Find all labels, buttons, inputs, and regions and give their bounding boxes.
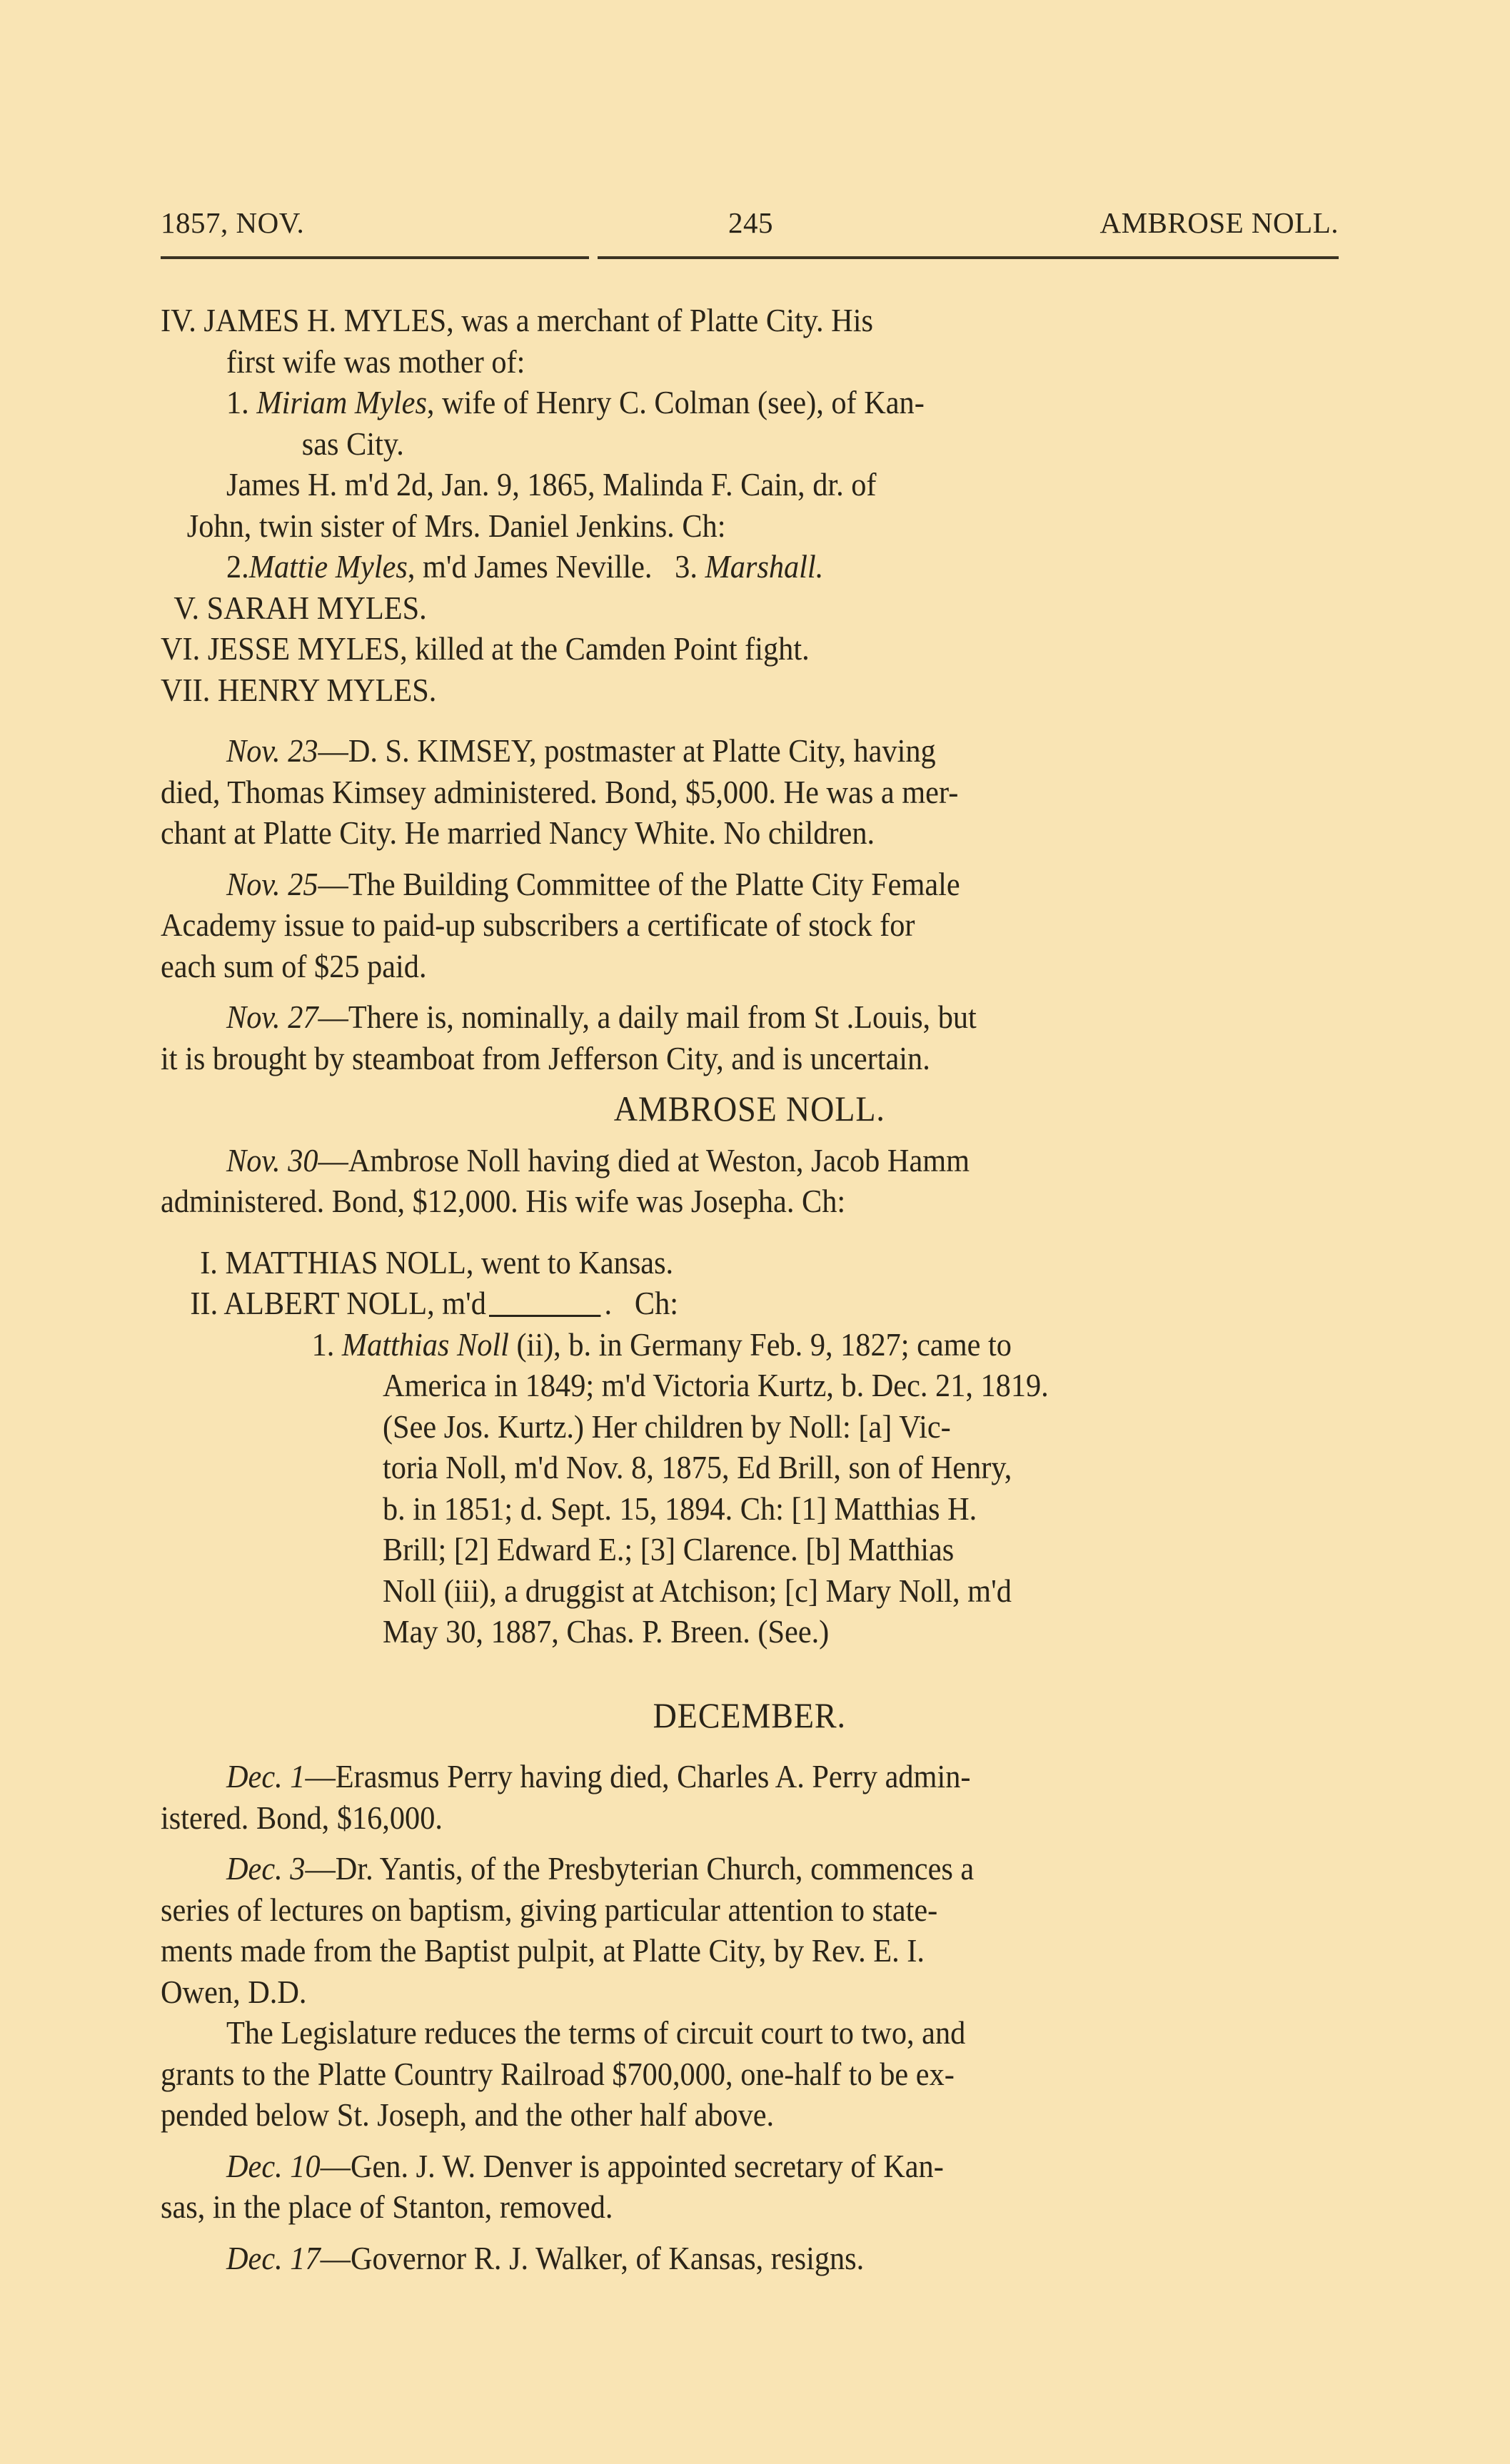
person-name: Miriam Myles [256, 384, 427, 420]
blank-name-dash [489, 1283, 600, 1317]
entry-dec-10: Dec. 10—Gen. J. W. Denver is appointed s… [161, 2146, 1339, 2228]
entry-nov-23: Nov. 23—D. S. KIMSEY, postmaster at Plat… [161, 730, 1339, 854]
running-head-title: AMBROSE NOLL. [1099, 206, 1339, 240]
myles-iv-line-2: first wife was mother of: [161, 341, 1339, 383]
running-head-date: 1857, NOV. [161, 206, 304, 240]
page-number: 245 [728, 206, 773, 240]
entry-date: Dec. 17 [226, 2238, 321, 2279]
section-heading-december: DECEMBER. [161, 1695, 1339, 1737]
noll-child-1: 1. Matthias Noll (ii), b. in Germany Feb… [161, 1324, 1339, 1365]
entry-date: Nov. 27 [226, 999, 318, 1035]
entry-nov-30: Nov. 30—Ambrose Noll having died at West… [161, 1140, 1339, 1222]
noll-i: I. MATTHIAS NOLL, went to Kansas. [161, 1242, 1339, 1283]
myles-child-1-line-2: sas City. [161, 423, 1339, 465]
entry-dec-17: Dec. 17—Governor R. J. Walker, of Kansas… [161, 2238, 1339, 2279]
entry-nov-27: Nov. 27—There is, nominally, a daily mai… [161, 996, 1339, 1079]
myles-second-marriage-2: John, twin sister of Mrs. Daniel Jenkins… [161, 505, 1339, 547]
entry-date: Nov. 30 [226, 1142, 318, 1178]
myles-iv-line-1: IV. JAMES H. MYLES, was a merchant of Pl… [161, 300, 1339, 341]
body-text: IV. JAMES H. MYLES, was a merchant of Pl… [161, 300, 1339, 2278]
person-name: Marshall. [705, 546, 824, 587]
entry-nov-25: Nov. 25—The Building Committee of the Pl… [161, 864, 1339, 987]
entry-legislature: The Legislature reduces the terms of cir… [161, 2012, 1339, 2136]
header-rule [161, 256, 1339, 259]
myles-second-marriage-1: James H. m'd 2d, Jan. 9, 1865, Malinda F… [161, 464, 1339, 505]
myles-vi: VI. JESSE MYLES, killed at the Camden Po… [161, 628, 1339, 670]
entry-date: Nov. 23 [226, 732, 318, 769]
noll-ii: II. ALBERT NOLL, m'd. Ch: [161, 1283, 1339, 1324]
entry-dec-3: Dec. 3—Dr. Yantis, of the Presbyterian C… [161, 1848, 1339, 2012]
person-name: Mattie Myles [249, 546, 408, 587]
person-name: Matthias Noll [342, 1326, 509, 1363]
myles-child-1: 1. Miriam Myles, wife of Henry C. Colman… [161, 382, 1339, 423]
running-head: 1857, NOV. 245 AMBROSE NOLL. [161, 206, 1339, 240]
entry-date: Dec. 10 [226, 2148, 321, 2184]
section-heading-ambrose-noll: AMBROSE NOLL. [161, 1089, 1339, 1130]
entry-date: Nov. 25 [226, 866, 318, 902]
myles-v: V. SARAH MYLES. [161, 587, 1339, 629]
entry-date: Dec. 3 [226, 1850, 305, 1887]
entry-dec-1: Dec. 1—Erasmus Perry having died, Charle… [161, 1756, 1339, 1838]
myles-vii: VII. HENRY MYLES. [161, 670, 1339, 711]
entry-date: Dec. 1 [226, 1758, 305, 1794]
myles-child-2-3: 2. Mattie Myles, m'd James Neville. 3. M… [161, 546, 1339, 587]
